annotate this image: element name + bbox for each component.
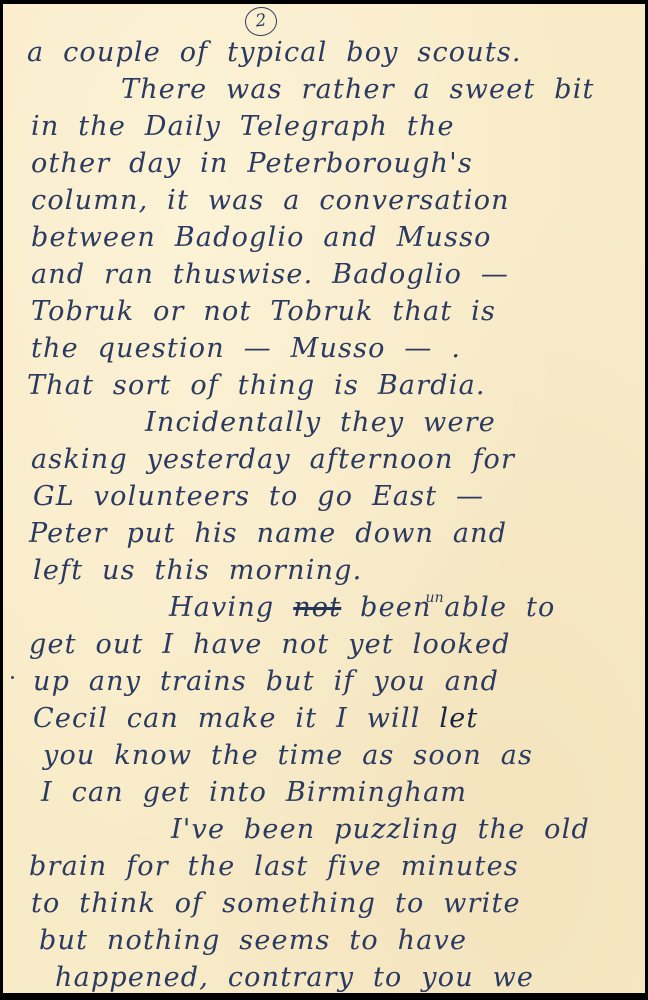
letter-line-11: Incidentally they were bbox=[145, 407, 496, 438]
letter-line-13: GL volunteers to go East — bbox=[33, 481, 484, 512]
letter-line-23: brain for the last five minutes bbox=[29, 851, 519, 882]
page-number-circle: 2 bbox=[244, 5, 279, 37]
line-16-been: been bbox=[360, 592, 431, 623]
letter-line-8: Tobruk or not Tobruk that is bbox=[31, 296, 496, 327]
letter-line-17: get out I have not yet looked bbox=[29, 629, 511, 660]
letter-line-19: Cecil can make it I will let bbox=[33, 703, 478, 734]
letter-line-16: Having not beenun able to bbox=[169, 592, 555, 623]
letter-line-5: column, it was a conversation bbox=[31, 185, 510, 216]
letter-line-1: a couple of typical boy scouts. bbox=[27, 37, 522, 68]
line-19-main: Cecil can make it I will bbox=[33, 703, 421, 734]
letter-line-18: up any trains but if you and bbox=[33, 666, 499, 697]
inserted-correction: un bbox=[426, 590, 444, 606]
letter-line-9: the question — Musso — . bbox=[31, 333, 461, 364]
letter-line-6: between Badoglio and Musso bbox=[31, 222, 492, 253]
letter-line-15: left us this morning. bbox=[33, 555, 362, 586]
letter-line-10: That sort of thing is Bardia. bbox=[27, 370, 486, 401]
letter-line-26: happened, contrary to you we bbox=[55, 962, 534, 993]
ink-speck bbox=[11, 676, 14, 679]
letter-line-3: in the Daily Telegraph the bbox=[31, 111, 455, 142]
letter-line-21: I can get into Birmingham bbox=[41, 777, 467, 808]
letter-line-14: Peter put his name down and bbox=[29, 518, 507, 549]
letter-line-22: I've been puzzling the old bbox=[171, 814, 590, 845]
letter-line-12: asking yesterday afternoon for bbox=[31, 444, 515, 475]
letter-line-25: but nothing seems to have bbox=[39, 925, 467, 956]
line-16-end: able to bbox=[444, 592, 555, 623]
line-19-let: let bbox=[439, 703, 478, 734]
letter-page: 2 a couple of typical boy scouts. There … bbox=[3, 4, 645, 993]
struck-word: not bbox=[293, 592, 341, 623]
letter-line-2: There was rather a sweet bit bbox=[121, 74, 595, 105]
line-16-start: Having bbox=[169, 592, 274, 623]
letter-line-4: other day in Peterborough's bbox=[31, 148, 473, 179]
letter-line-20: you know the time as soon as bbox=[43, 740, 533, 771]
letter-line-24: to think of something to write bbox=[31, 888, 521, 919]
letter-line-7: and ran thuswise. Badoglio — bbox=[31, 259, 509, 290]
